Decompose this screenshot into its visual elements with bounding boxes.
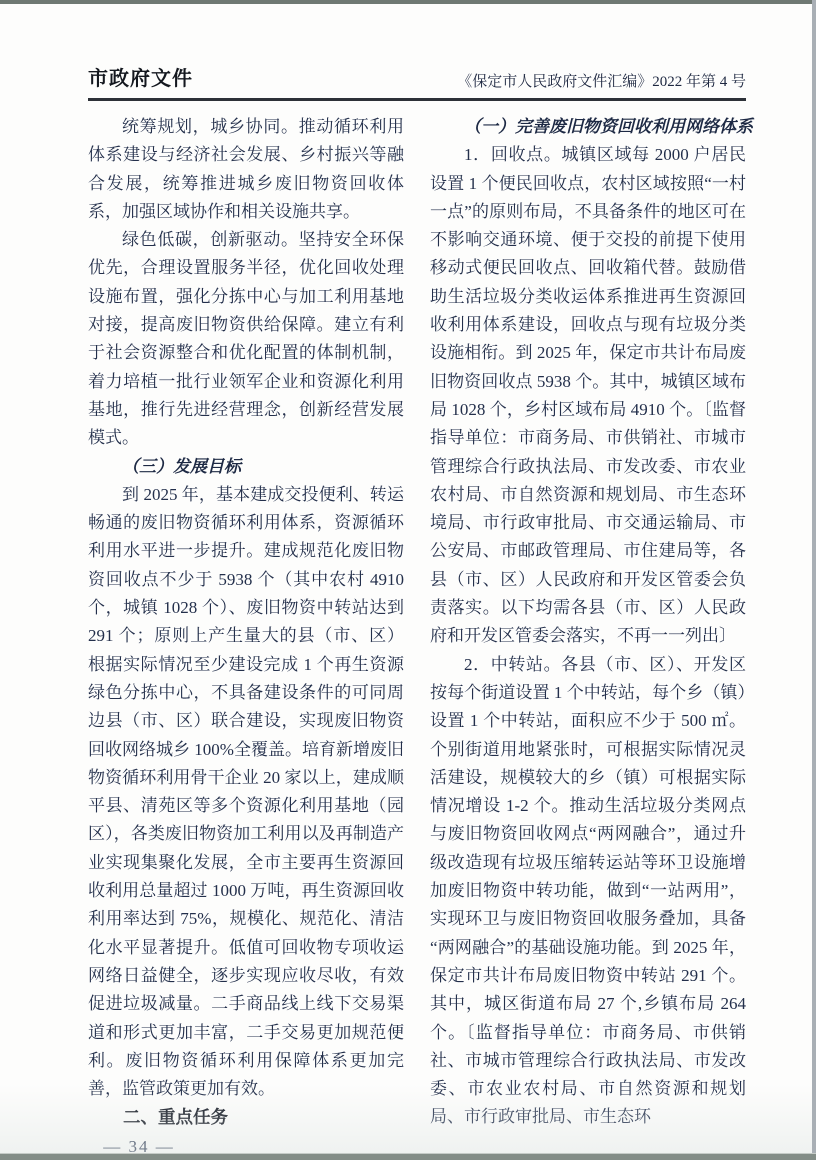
paragraph-planning: 统筹规划，城乡协同。推动循环利用体系建设与经济社会发展、乡村振兴等融合发展，统筹… <box>88 113 404 226</box>
right-column: （一）完善废旧物资回收利用网络体系 1．回收点。城镇区域每 2000 户居民设置… <box>430 113 746 1160</box>
page-content: 市政府文件 《保定市人民政府文件汇编》2022 年第 4 号 统筹规划，城乡协同… <box>88 62 746 1160</box>
doc-type-label: 市政府文件 <box>88 62 193 91</box>
scan-edge-right <box>812 0 816 1160</box>
scan-edge-bottom <box>0 1153 816 1160</box>
page-header: 市政府文件 《保定市人民政府文件汇编》2022 年第 4 号 <box>88 62 746 101</box>
scan-bottom-shading <box>0 1084 816 1154</box>
paragraph-recycling-points: 1．回收点。城镇区域每 2000 户居民设置 1 个便民回收点，农村区域按照“一… <box>430 141 746 650</box>
scanned-document-page: 市政府文件 《保定市人民政府文件汇编》2022 年第 4 号 统筹规划，城乡协同… <box>0 0 816 1160</box>
two-column-body: 统筹规划，城乡协同。推动循环利用体系建设与经济社会发展、乡村振兴等融合发展，统筹… <box>88 113 746 1160</box>
section-heading-recycling-network: （一）完善废旧物资回收利用网络体系 <box>430 113 746 141</box>
paragraph-green-lowcarbon: 绿色低碳，创新驱动。坚持安全环保优先，合理设置服务半径，优化回收处理设施布置，强… <box>88 226 404 452</box>
section-heading-development-goals: （三）发展目标 <box>88 453 404 481</box>
paragraph-transfer-stations: 2．中转站。各县（市、区）、开发区按每个街道设置 1 个中转站，每个乡（镇）设置… <box>430 651 746 1132</box>
left-column: 统筹规划，城乡协同。推动循环利用体系建设与经济社会发展、乡村振兴等融合发展，统筹… <box>88 113 404 1160</box>
scan-edge-top <box>0 0 816 4</box>
compilation-label: 《保定市人民政府文件汇编》2022 年第 4 号 <box>457 70 746 91</box>
paragraph-goals-2025: 到 2025 年，基本建成交投便利、转运畅通的废旧物资循环利用体系，资源循环利用… <box>88 481 404 1104</box>
